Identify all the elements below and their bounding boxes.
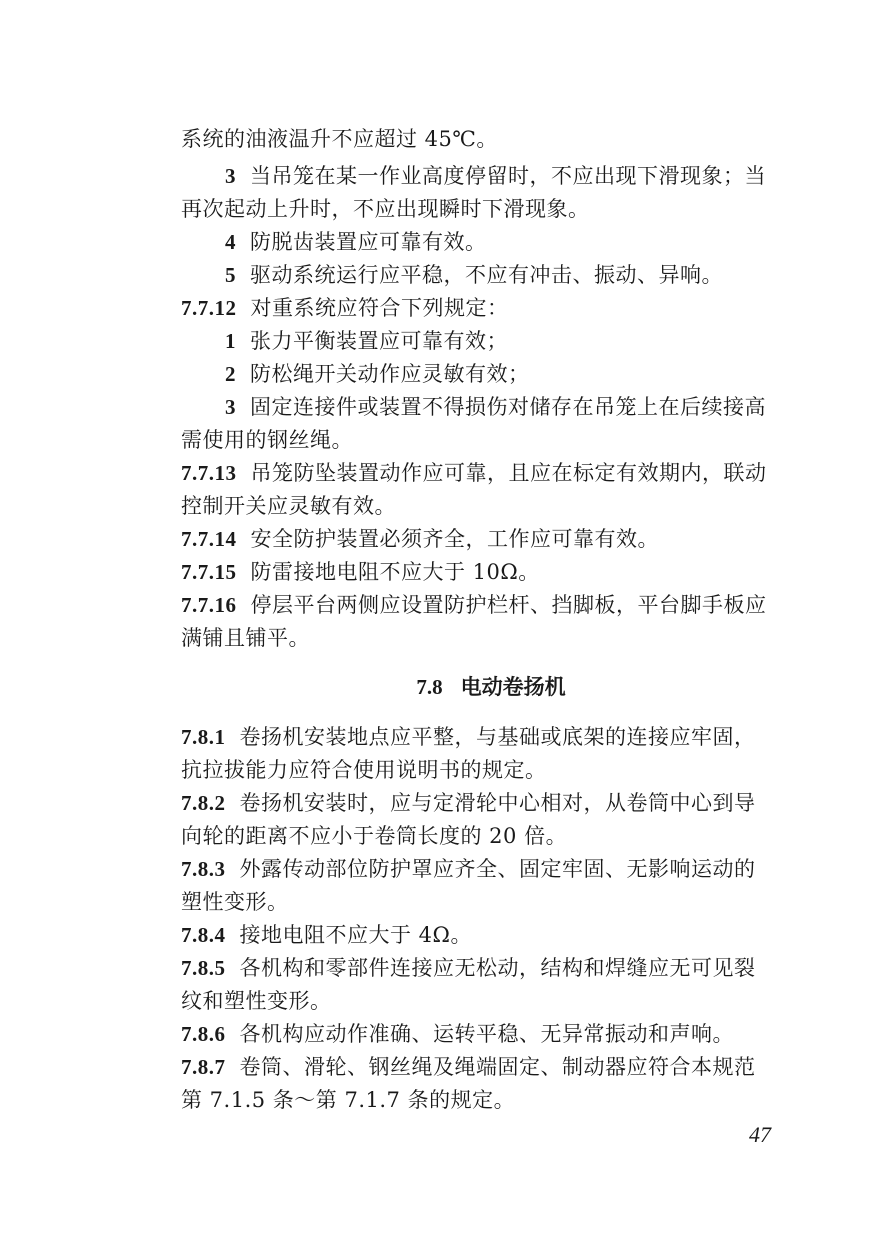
text-line: 向轮的距离不应小于卷筒长度的 20 倍。 <box>181 821 567 851</box>
clause-number: 7.7.15 <box>181 560 237 584</box>
text-line: 塑性变形。 <box>181 887 289 917</box>
clause-number: 3 <box>225 395 236 419</box>
text-line: 再次起动上升时，不应出现瞬时下滑现象。 <box>181 194 590 224</box>
clause-line: 5驱动系统运行应平稳，不应有冲击、振动、异响。 <box>225 260 723 290</box>
clause-line: 7.7.13吊笼防坠装置动作应可靠，且应在标定有效期内，联动 <box>181 458 767 488</box>
clause-text: 卷扬机安装地点应平整，与基础或底架的连接应牢固， <box>240 725 756 749</box>
clause-text: 需使用的钢丝绳。 <box>181 428 353 452</box>
clause-text: 控制开关应灵敏有效。 <box>181 494 396 518</box>
clause-number: 2 <box>225 362 236 386</box>
clause-text: 对重系统应符合下列规定： <box>251 296 509 320</box>
clause-line: 3固定连接件或装置不得损伤对储存在吊笼上在后续接高 <box>225 392 766 422</box>
clause-number: 7.8.5 <box>181 956 226 980</box>
clause-number: 7.7.16 <box>181 593 237 617</box>
clause-number: 1 <box>225 329 236 353</box>
clause-number: 7.8.3 <box>181 857 226 881</box>
clause-text: 外露传动部位防护罩应齐全、固定牢固、无影响运动的 <box>240 857 756 881</box>
clause-number: 7.8.1 <box>181 725 226 749</box>
clause-line: 7.7.14安全防护装置必须齐全，工作应可靠有效。 <box>181 524 659 554</box>
clause-number: 7.8.7 <box>181 1055 226 1079</box>
clause-number: 7.7.12 <box>181 296 237 320</box>
clause-text: 满铺且铺平。 <box>181 626 310 650</box>
clause-line: 7.7.16停层平台两侧应设置防护栏杆、挡脚板，平台脚手板应 <box>181 590 767 620</box>
clause-number: 7.8.4 <box>181 923 226 947</box>
clause-text: 防雷接地电阻不应大于 10Ω。 <box>251 560 540 584</box>
clause-text: 纹和塑性变形。 <box>181 989 332 1013</box>
clause-text: 各机构应动作准确、运转平稳、无异常振动和声响。 <box>240 1022 735 1046</box>
clause-line: 7.8.4接地电阻不应大于 4Ω。 <box>181 920 472 950</box>
text-line: 控制开关应灵敏有效。 <box>181 491 396 521</box>
clause-line: 4防脱齿装置应可靠有效。 <box>225 227 487 257</box>
clause-text: 吊笼防坠装置动作应可靠，且应在标定有效期内，联动 <box>251 461 767 485</box>
text-line: 抗拉拔能力应符合使用说明书的规定。 <box>181 755 547 785</box>
clause-text: 卷扬机安装时，应与定滑轮中心相对，从卷筒中心到导 <box>240 791 756 815</box>
clause-number: 7.7.14 <box>181 527 237 551</box>
clause-text: 卷筒、滑轮、钢丝绳及绳端固定、制动器应符合本规范 <box>240 1055 756 1079</box>
clause-text: 向轮的距离不应小于卷筒长度的 20 倍。 <box>181 824 567 848</box>
section-title: 电动卷扬机 <box>461 675 566 699</box>
clause-text: 再次起动上升时，不应出现瞬时下滑现象。 <box>181 197 590 221</box>
clause-text: 防脱齿装置应可靠有效。 <box>250 230 487 254</box>
clause-text: 防松绳开关动作应灵敏有效； <box>250 362 530 386</box>
clause-text: 驱动系统运行应平稳，不应有冲击、振动、异响。 <box>250 263 723 287</box>
clause-text: 系统的油液温升不应超过 45℃。 <box>181 127 498 151</box>
text-line: 需使用的钢丝绳。 <box>181 425 353 455</box>
clause-line: 7.7.12对重系统应符合下列规定： <box>181 293 509 323</box>
clause-text: 各机构和零部件连接应无松动，结构和焊缝应无可见裂 <box>240 956 756 980</box>
section-heading: 7.8电动卷扬机 <box>181 672 801 702</box>
clause-line: 7.8.5各机构和零部件连接应无松动，结构和焊缝应无可见裂 <box>181 953 756 983</box>
clause-number: 3 <box>225 164 236 188</box>
clause-line: 7.8.2卷扬机安装时，应与定滑轮中心相对，从卷筒中心到导 <box>181 788 756 818</box>
clause-number: 7.7.13 <box>181 461 237 485</box>
text-line: 系统的油液温升不应超过 45℃。 <box>181 124 498 154</box>
page-number: 47 <box>749 1122 771 1148</box>
text-line: 满铺且铺平。 <box>181 623 310 653</box>
clause-text: 接地电阻不应大于 4Ω。 <box>240 923 472 947</box>
clause-line: 7.8.1卷扬机安装地点应平整，与基础或底架的连接应牢固， <box>181 722 756 752</box>
clause-line: 7.7.15防雷接地电阻不应大于 10Ω。 <box>181 557 540 587</box>
clause-line: 7.8.3外露传动部位防护罩应齐全、固定牢固、无影响运动的 <box>181 854 756 884</box>
text-line: 纹和塑性变形。 <box>181 986 332 1016</box>
clause-number: 4 <box>225 230 236 254</box>
clause-text: 张力平衡装置应可靠有效； <box>250 329 508 353</box>
clause-number: 7.8.2 <box>181 791 226 815</box>
clause-number: 7.8.6 <box>181 1022 226 1046</box>
clause-text: 抗拉拔能力应符合使用说明书的规定。 <box>181 758 547 782</box>
clause-line: 7.8.6各机构应动作准确、运转平稳、无异常振动和声响。 <box>181 1019 734 1049</box>
clause-text: 停层平台两侧应设置防护栏杆、挡脚板，平台脚手板应 <box>251 593 767 617</box>
clause-text: 当吊笼在某一作业高度停留时，不应出现下滑现象；当 <box>250 164 766 188</box>
clause-text: 安全防护装置必须齐全，工作应可靠有效。 <box>251 527 660 551</box>
clause-text: 塑性变形。 <box>181 890 289 914</box>
clause-line: 7.8.7卷筒、滑轮、钢丝绳及绳端固定、制动器应符合本规范 <box>181 1052 756 1082</box>
clause-line: 2防松绳开关动作应灵敏有效； <box>225 359 530 389</box>
clause-number: 5 <box>225 263 236 287</box>
clause-text: 第 7.1.5 条～第 7.1.7 条的规定。 <box>181 1088 515 1112</box>
text-line: 第 7.1.5 条～第 7.1.7 条的规定。 <box>181 1085 515 1115</box>
clause-line: 1张力平衡装置应可靠有效； <box>225 326 508 356</box>
section-number: 7.8 <box>416 675 442 699</box>
clause-text: 固定连接件或装置不得损伤对储存在吊笼上在后续接高 <box>250 395 766 419</box>
clause-line: 3当吊笼在某一作业高度停留时，不应出现下滑现象；当 <box>225 161 766 191</box>
